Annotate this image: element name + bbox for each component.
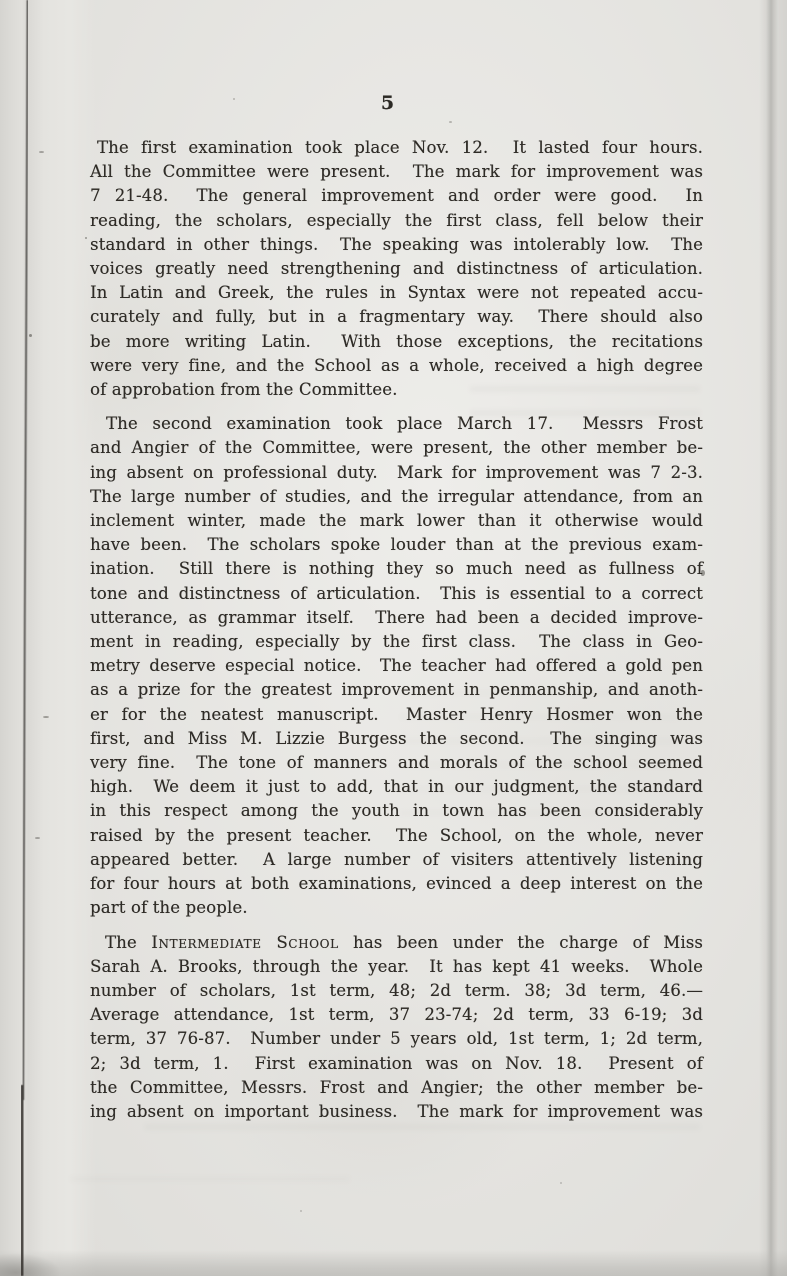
text-line: 2; 3d term, 1. First examination was on …: [90, 1052, 703, 1076]
text-line: number of scholars, 1st term, 48; 2d ter…: [90, 979, 703, 1003]
scan-speck: [39, 151, 44, 153]
paragraph-intermediate-school: The Intermediate School has been under t…: [90, 931, 703, 1125]
scan-speck: [300, 1210, 302, 1212]
text-line: The first examination took place Nov. 12…: [90, 136, 703, 160]
text-line: ing absent on important business. The ma…: [90, 1100, 703, 1124]
page-number: 5: [0, 92, 781, 114]
text-line: tone and distinctness of articulation. T…: [90, 582, 703, 606]
text-line: raised by the present teacher. The Schoo…: [90, 824, 703, 848]
scanned-book-page: 5 The first examination took place Nov. …: [0, 0, 787, 1276]
text-line: Average attendance, 1st term, 37 23-74; …: [90, 1003, 703, 1027]
text-line: voices greatly need strengthening and di…: [90, 257, 703, 281]
text-column: The first examination took place Nov. 12…: [90, 136, 703, 1124]
text-line: utterance, as grammar itself. There had …: [90, 606, 703, 630]
page-right-edge: [759, 0, 787, 1276]
showthrough-text: [70, 1176, 350, 1190]
text-line: standard in other things. The speaking w…: [90, 233, 703, 257]
text-line: be more writing Latin. With those except…: [90, 330, 703, 354]
showthrough-text: [145, 1124, 700, 1142]
bottom-left-smudge: [0, 1242, 80, 1276]
text-line: All the Committee were present. The mark…: [90, 160, 703, 184]
scan-speck: [35, 837, 40, 839]
scan-speck: [560, 1182, 562, 1184]
paragraph-second-examination: The second examination took place March …: [90, 412, 703, 920]
text-line: in this respect among the youth in town …: [90, 799, 703, 823]
text-line: ination. Still there is nothing they so …: [90, 557, 703, 581]
scan-speck: [29, 334, 32, 337]
text-line: inclement winter, made the mark lower th…: [90, 509, 703, 533]
text-line: term, 37 76-87. Number under 5 years old…: [90, 1027, 703, 1051]
text-line: Sarah A. Brooks, through the year. It ha…: [90, 955, 703, 979]
scan-speck: [449, 121, 452, 123]
text-line: for four hours at both examinations, evi…: [90, 872, 703, 896]
text-line: The large number of studies, and the irr…: [90, 485, 703, 509]
text-line: curately and fully, but in a fragmentary…: [90, 305, 703, 329]
text-line: as a prize for the greatest improvement …: [90, 678, 703, 702]
text-line: metry deserve especial notice. The teach…: [90, 654, 703, 678]
text-line: were very fine, and the School as a whol…: [90, 354, 703, 378]
text-line: the Committee, Messrs. Frost and Angier;…: [90, 1076, 703, 1100]
smallcaps-school-name: Intermediate School: [151, 933, 338, 952]
text-line: er for the neatest manuscript. Master He…: [90, 703, 703, 727]
page-gutter-shading: [0, 0, 96, 1276]
text-line: ment in reading, especially by the first…: [90, 630, 703, 654]
text-line: 7 21-48. The general improvement and ord…: [90, 184, 703, 208]
text-line: very fine. The tone of manners and moral…: [90, 751, 703, 775]
text-line: The second examination took place March …: [90, 412, 703, 436]
scan-speck: [85, 237, 87, 239]
text-line: In Latin and Greek, the rules in Syntax …: [90, 281, 703, 305]
text-line: appeared better. A large number of visit…: [90, 848, 703, 872]
text-line: reading, the scholars, especially the fi…: [90, 209, 703, 233]
text-line: The Intermediate School has been under t…: [90, 931, 703, 955]
page-bottom-edge: [0, 1250, 787, 1276]
text-line: have been. The scholars spoke louder tha…: [90, 533, 703, 557]
text-line: of approbation from the Committee.: [90, 378, 703, 402]
text-line: high. We deem it just to add, that in ou…: [90, 775, 703, 799]
text-line: and Angier of the Committee, were presen…: [90, 436, 703, 460]
scan-speck: [43, 716, 49, 718]
text-line: first, and Miss M. Lizzie Burgess the se…: [90, 727, 703, 751]
text-line: ing absent on professional duty. Mark fo…: [90, 461, 703, 485]
paragraph-first-examination: The first examination took place Nov. 12…: [90, 136, 703, 402]
text-line: part of the people.: [90, 896, 703, 920]
